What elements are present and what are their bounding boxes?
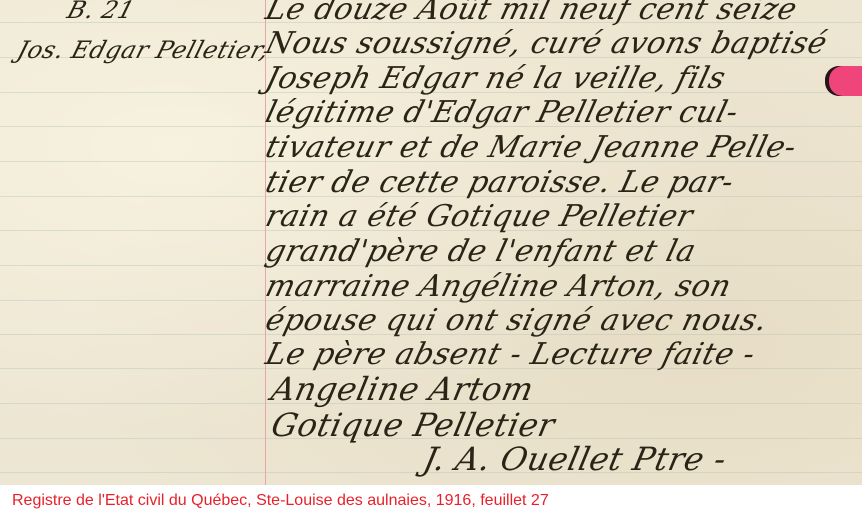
body-line: grand'père de l'enfant et la (262, 234, 700, 269)
body-line: Le douze Août mil neuf cent seize (262, 0, 801, 27)
source-caption: Registre de l'Etat civil du Québec, Ste-… (12, 492, 549, 510)
body-line: Nous soussigné, curé avons baptisé (262, 26, 831, 61)
pink-paper-mark (825, 66, 862, 96)
body-line: marraine Angéline Arton, son (262, 269, 735, 304)
signature-marraine: Angeline Artom (268, 370, 537, 408)
register-page-scan: B. 21 Jos. Edgar Pelletier, Le douze Aoû… (0, 0, 862, 485)
body-line: tivateur et de Marie Jeanne Pelle- (262, 130, 800, 165)
body-line: épouse qui ont signé avec nous. (262, 303, 771, 338)
signature-parrain: Gotique Pelletier (268, 406, 558, 444)
margin-line (265, 0, 266, 485)
margin-name: Jos. Edgar Pelletier, (14, 36, 273, 64)
body-line: rain a été Gotique Pelletier (262, 199, 697, 234)
entry-number: B. 21 (64, 0, 138, 24)
body-line: tier de cette paroisse. Le par- (262, 165, 737, 200)
body-line: Le père absent - Lecture faite - (262, 337, 759, 372)
body-line: Joseph Edgar né la veille, fils (262, 61, 729, 96)
signature-priest: J. A. Ouellet Ptre - (420, 440, 730, 478)
body-line: légitime d'Edgar Pelletier cul- (262, 95, 742, 130)
